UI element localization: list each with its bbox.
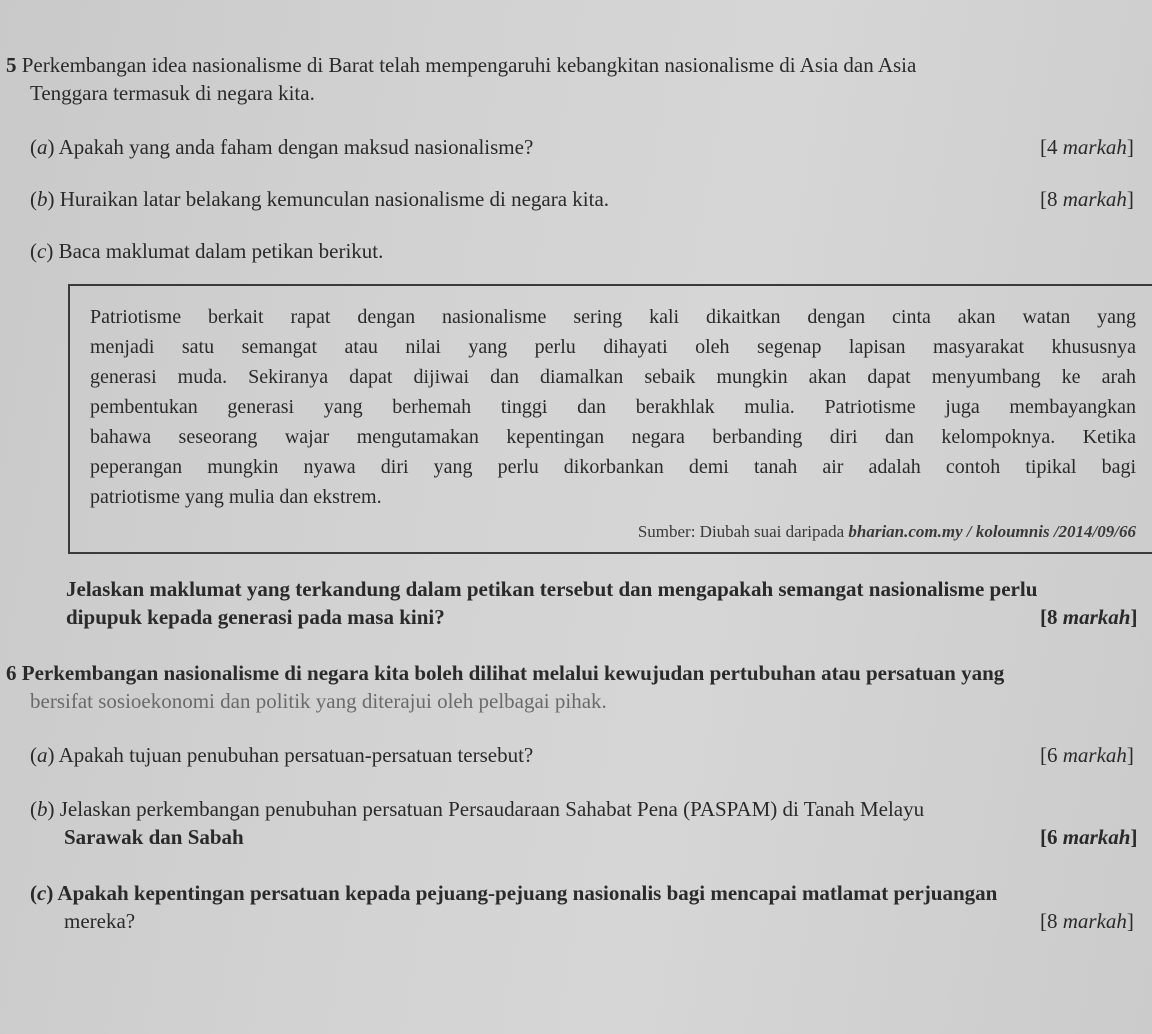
q5a-text: Apakah yang anda faham dengan maksud nas… — [59, 135, 534, 159]
q5a-marks: [4 markah] — [1040, 134, 1134, 160]
passage-line: menjadi satu semangat atau nilai yang pe… — [90, 334, 1136, 360]
source-reference: bharian.com.my / koloumnis /2014/09/66 — [848, 522, 1136, 541]
q6a-marks: [6 markah] — [1040, 742, 1134, 768]
q6-intro-text: Perkembangan nasionalisme di negara kita… — [22, 661, 1005, 685]
q5c-marks: [8 markah] — [1040, 604, 1137, 630]
q5b-question: (b) Huraikan latar belakang kemunculan n… — [30, 186, 609, 212]
q6-intro-line2: bersifat sosioekonomi dan politik yang d… — [30, 688, 607, 714]
passage-line: pembentukan generasi yang berhemah tingg… — [90, 394, 1136, 420]
q5c-task-line1: Jelaskan maklumat yang terkandung dalam … — [66, 576, 1037, 602]
passage-line: patriotisme yang mulia dan ekstrem. — [90, 484, 1136, 510]
q5-intro-line1: 5 Perkembangan idea nasionalisme di Bara… — [6, 52, 916, 78]
q6b-text-line1: Jelaskan perkembangan penubuhan persatua… — [60, 797, 924, 821]
passage-line: peperangan mungkin nyawa diri yang perlu… — [90, 454, 1136, 480]
passage-line: bahawa seseorang wajar mengutamakan kepe… — [90, 424, 1136, 450]
q6b-text-line2: Sarawak dan Sabah — [64, 824, 244, 850]
q6a-label: (a) — [30, 743, 55, 767]
q6a-question: (a) Apakah tujuan penubuhan persatuan-pe… — [30, 742, 533, 768]
source-prefix: Sumber: Diubah suai daripada — [638, 522, 849, 541]
q6-intro-line1: 6 Perkembangan nasionalisme di negara ki… — [6, 660, 1004, 686]
question-number: 5 — [6, 53, 17, 77]
passage-line: generasi muda. Sekiranya dapat dijiwai d… — [90, 364, 1136, 390]
q6b-question: (b) Jelaskan perkembangan penubuhan pers… — [30, 796, 924, 822]
q6c-label: (c) — [30, 881, 53, 905]
q5c-text: Baca maklumat dalam petikan berikut. — [59, 239, 384, 263]
q5a-label: (a) — [30, 135, 55, 159]
q6c-text-line1: Apakah kepentingan persatuan kepada peju… — [57, 881, 997, 905]
q5c-question: (c) Baca maklumat dalam petikan berikut. — [30, 238, 383, 264]
q6c-marks: [8 markah] — [1040, 908, 1134, 934]
q5c-task-line2: dipupuk kepada generasi pada masa kini? — [66, 604, 445, 630]
q5b-text: Huraikan latar belakang kemunculan nasio… — [60, 187, 609, 211]
q5-intro-text: Perkembangan idea nasionalisme di Barat … — [22, 53, 917, 77]
q6c-text-line2: mereka? — [64, 908, 135, 934]
passage-source: Sumber: Diubah suai daripada bharian.com… — [638, 522, 1136, 542]
q5b-marks: [8 markah] — [1040, 186, 1134, 212]
q5b-label: (b) — [30, 187, 55, 211]
q6b-label: (b) — [30, 797, 55, 821]
q6c-question: (c) Apakah kepentingan persatuan kepada … — [30, 880, 997, 906]
q5a-question: (a) Apakah yang anda faham dengan maksud… — [30, 134, 533, 160]
q5-intro-line2: Tenggara termasuk di negara kita. — [30, 80, 315, 106]
question-number: 6 — [6, 661, 17, 685]
passage-line: Patriotisme berkait rapat dengan nasiona… — [90, 304, 1136, 330]
q6a-text: Apakah tujuan penubuhan persatuan-persat… — [59, 743, 534, 767]
q5c-label: (c) — [30, 239, 53, 263]
q6b-marks: [6 markah] — [1040, 824, 1137, 850]
